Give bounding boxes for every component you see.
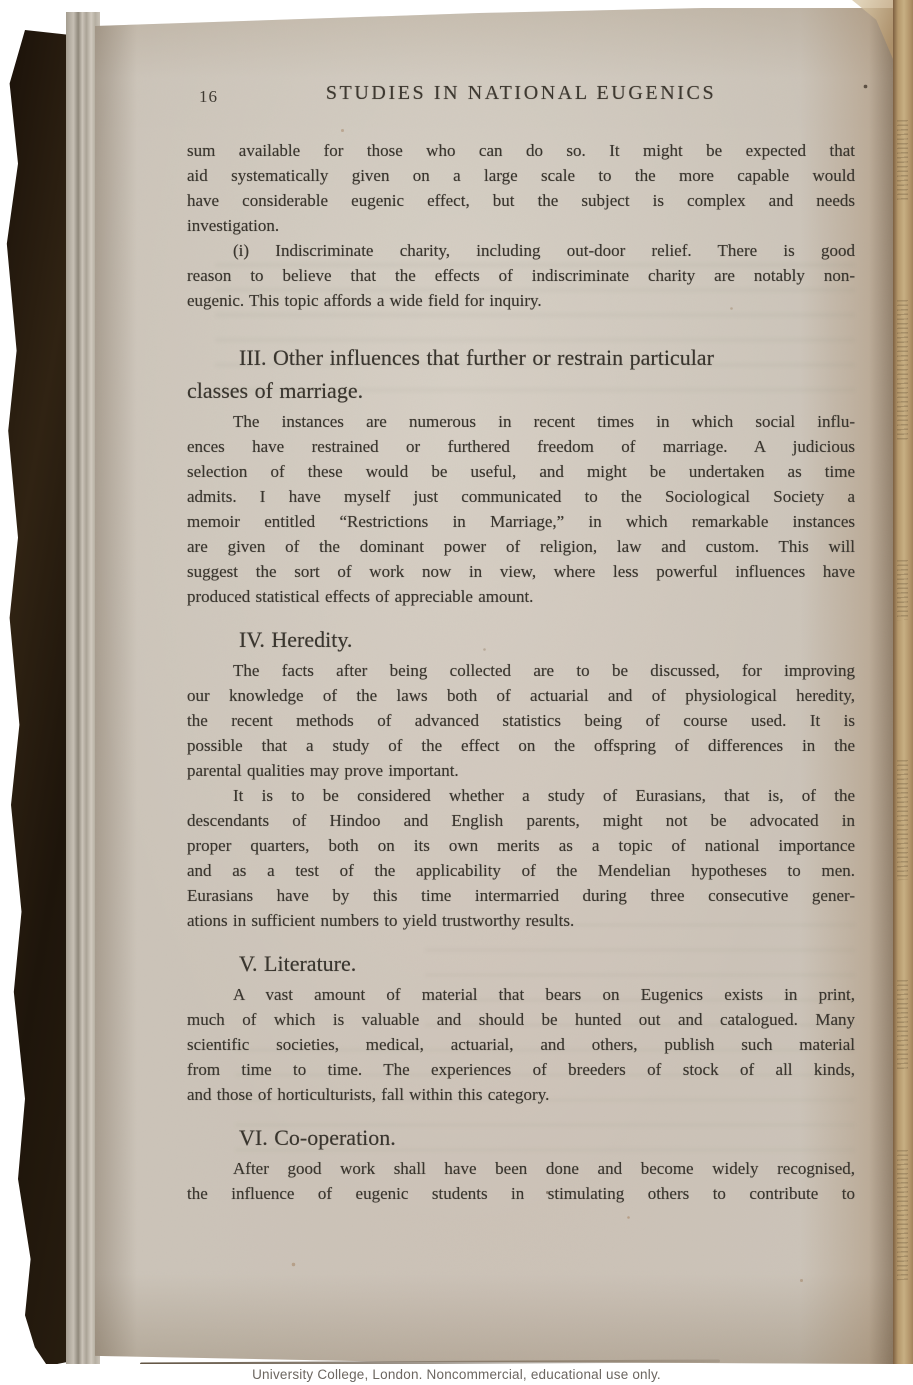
- text-line: selection of these would be useful, and …: [187, 459, 855, 484]
- section-heading: VI. Co-operation.: [187, 1121, 855, 1154]
- text-line: produced statistical effects of apprecia…: [187, 584, 855, 609]
- adjacent-page-text-blur: [897, 560, 908, 620]
- adjacent-page-text-blur: [897, 980, 908, 1070]
- text-line: from time to time. The experiences of br…: [187, 1057, 855, 1082]
- body-paragraph: A vast amount of material that bears on …: [187, 982, 855, 1107]
- text-line: (i) Indiscriminate charity, including ou…: [187, 238, 855, 263]
- text-line: memoir entitled “Restrictions in Marriag…: [187, 509, 855, 534]
- section-heading: III. Other influences that further or re…: [187, 341, 855, 407]
- text-line: admits. I have myself just communicated …: [187, 484, 855, 509]
- section-heading: IV. Heredity.: [187, 623, 855, 656]
- text-line: aid systematically given on a large scal…: [187, 163, 855, 188]
- body-paragraph: sum available for those who can do so. I…: [187, 138, 855, 238]
- text-line: much of which is valuable and should be …: [187, 1007, 855, 1032]
- text-line: The facts after being collected are to b…: [187, 658, 855, 683]
- book-spine: [4, 30, 74, 1366]
- text-line: V. Literature.: [187, 947, 855, 980]
- text-line: are given of the dominant power of relig…: [187, 534, 855, 559]
- text-line: VI. Co-operation.: [187, 1121, 855, 1154]
- adjacent-page-text-blur: [897, 1150, 908, 1280]
- book-page: 16 STUDIES IN NATIONAL EUGENICS sum avai…: [95, 8, 895, 1364]
- text-line: ations in sufficient numbers to yield tr…: [187, 908, 855, 933]
- page-header: 16 STUDIES IN NATIONAL EUGENICS: [187, 82, 855, 110]
- page-content: sum available for those who can do so. I…: [187, 138, 855, 1206]
- attribution-text: University College, London. Noncommercia…: [252, 1367, 661, 1382]
- body-paragraph: The instances are numerous in recent tim…: [187, 409, 855, 609]
- text-line: the influence of eugenic students in sti…: [187, 1181, 855, 1206]
- text-line: possible that a study of the effect on t…: [187, 733, 855, 758]
- running-title: STUDIES IN NATIONAL EUGENICS: [187, 82, 855, 105]
- adjacent-page-text-blur: [897, 120, 908, 200]
- adjacent-page-edge: [893, 0, 913, 1372]
- text-line: After good work shall have been done and…: [187, 1156, 855, 1181]
- text-line: eugenic. This topic affords a wide field…: [187, 288, 855, 313]
- text-line: Eurasians have by this time intermarried…: [187, 883, 855, 908]
- page-number: 16: [199, 87, 218, 107]
- body-paragraph: It is to be considered whether a study o…: [187, 783, 855, 933]
- scanned-book-photo: 16 STUDIES IN NATIONAL EUGENICS sum avai…: [0, 0, 913, 1385]
- adjacent-page-text-blur: [897, 300, 908, 440]
- body-paragraph: The facts after being collected are to b…: [187, 658, 855, 783]
- foxing-specks: [95, 8, 96, 9]
- text-line: investigation.: [187, 213, 855, 238]
- section-heading: V. Literature.: [187, 947, 855, 980]
- text-line: our knowledge of the laws both of actuar…: [187, 683, 855, 708]
- text-line: have considerable eugenic effect, but th…: [187, 188, 855, 213]
- text-line: scientific societies, medical, actuarial…: [187, 1032, 855, 1057]
- text-line: reason to believe that the effects of in…: [187, 263, 855, 288]
- body-paragraph: (i) Indiscriminate charity, including ou…: [187, 238, 855, 313]
- text-line: A vast amount of material that bears on …: [187, 982, 855, 1007]
- text-line: ences have restrained or furthered freed…: [187, 434, 855, 459]
- text-line: IV. Heredity.: [187, 623, 855, 656]
- text-line: It is to be considered whether a study o…: [187, 783, 855, 808]
- text-line: the recent methods of advanced statistic…: [187, 708, 855, 733]
- text-line: and those of horticulturists, fall withi…: [187, 1082, 855, 1107]
- text-line: sum available for those who can do so. I…: [187, 138, 855, 163]
- page-stack-edges: [66, 12, 100, 1366]
- adjacent-page-text-blur: [897, 760, 908, 880]
- body-paragraph: After good work shall have been done and…: [187, 1156, 855, 1206]
- text-line: suggest the sort of work now in view, wh…: [187, 559, 855, 584]
- text-line: parental qualities may prove important.: [187, 758, 855, 783]
- text-line: descendants of Hindoo and English parent…: [187, 808, 855, 833]
- attribution-footer: University College, London. Noncommercia…: [0, 1364, 913, 1385]
- text-line: III. Other influences that further or re…: [187, 341, 855, 374]
- text-line: classes of marriage.: [187, 374, 855, 407]
- text-line: The instances are numerous in recent tim…: [187, 409, 855, 434]
- text-line: and as a test of the applicability of th…: [187, 858, 855, 883]
- text-line: proper quarters, both on its own merits …: [187, 833, 855, 858]
